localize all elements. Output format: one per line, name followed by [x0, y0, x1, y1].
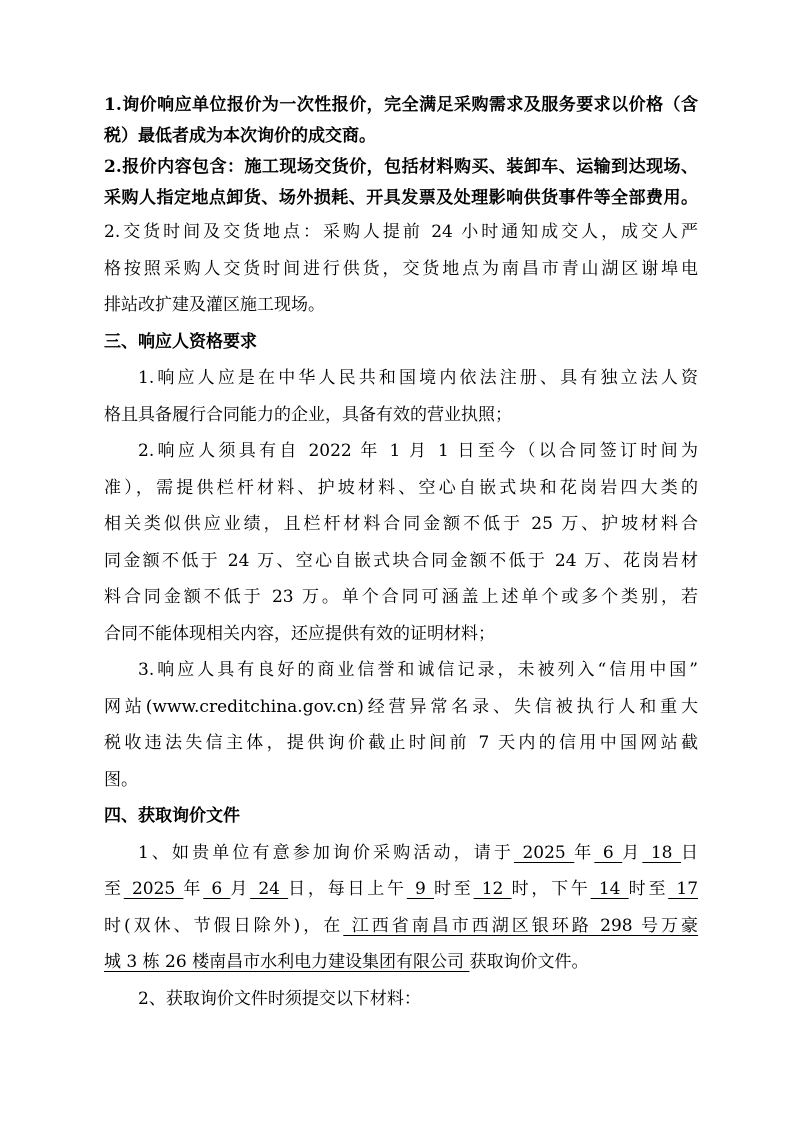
text-line: 合同不能体现相关内容，还应提供有效的证明材料； — [104, 616, 698, 653]
text-segment: 同金额不低于 24 万、空心自嵌式块合同金额不低于 24 万、花岗岩材 — [104, 551, 698, 571]
text-segment: 排站改扩建及灌区施工现场。 — [104, 295, 325, 315]
text-line: 至 2025 年 6 月 24 日，每日上午 9 时至 12 时，下午 14 时… — [104, 871, 698, 908]
underlined-fill-in: 9 — [407, 879, 434, 899]
text-segment: 准），需提供栏杆材料、护坡材料、空心自嵌式块和花岗岩四大类的 — [104, 478, 698, 498]
text-segment: 时至 — [434, 879, 474, 899]
text-line: 1.询价响应单位报价为一次性报价，完全满足采购需求及服务要求以价格（含 — [104, 90, 698, 121]
text-segment: 1.响应人应是在中华人民共和国境内依法注册、具有独立法人资 — [138, 368, 698, 388]
text-segment: 格且具备履行合同能力的企业，具备有效的营业执照； — [104, 405, 512, 425]
text-line: 相关类似供应业绩，且栏杆材料合同金额不低于 25 万、护坡材料合 — [104, 506, 698, 543]
text-segment: 2、获取询价文件时须提交以下材料： — [138, 989, 421, 1009]
para-delivery: 2.交货时间及交货地点：采购人提前 24 小时通知成交人，成交人严格按照采购人交… — [104, 214, 698, 324]
text-line: 格按照采购人交货时间进行供货，交货地点为南昌市青山湖区谢埠电 — [104, 251, 698, 288]
text-segment: 税）最低者成为本次询价的成交商。 — [104, 126, 376, 146]
text-segment: 相关类似供应业绩，且栏杆材料合同金额不低于 25 万、护坡材料合 — [104, 514, 698, 534]
text-line: 2.响应人须具有自 2022 年 1 月 1 日至今（以合同签订时间为 — [104, 433, 698, 470]
text-segment: 年 — [183, 879, 203, 899]
text-line: 采购人指定地点卸货、场外损耗、开具发票及处理影响供货事件等全部费用。 — [104, 183, 698, 214]
text-segment: 料合同金额不低于 23 万。单个合同可涵盖上述单个或多个类别，若 — [104, 587, 698, 607]
para-obtain-1: 1、如贵单位有意参加询价采购活动，请于 2025 年 6 月 18 日至 202… — [104, 835, 698, 981]
document-body: 1.询价响应单位报价为一次性报价，完全满足采购需求及服务要求以价格（含税）最低者… — [104, 90, 698, 1017]
text-segment: 日，每日上午 — [288, 879, 407, 899]
underlined-fill-in: 2025 — [124, 879, 184, 899]
text-segment: 格按照采购人交货时间进行供货，交货地点为南昌市青山湖区谢埠电 — [104, 259, 698, 279]
text-segment: 至 — [104, 879, 124, 899]
text-segment: 3.响应人具有良好的商业信誉和诚信记录，未被列入“信用中国” — [138, 660, 698, 680]
para-quote-rule: 1.询价响应单位报价为一次性报价，完全满足采购需求及服务要求以价格（含税）最低者… — [104, 90, 698, 152]
text-segment: 时，下午 — [512, 879, 591, 899]
text-line: 城 3 栋 26 楼南昌市水利电力建设集团有限公司 获取询价文件。 — [104, 944, 698, 981]
text-line: 四、获取询价文件 — [104, 798, 698, 835]
underlined-fill-in: 12 — [474, 879, 512, 899]
text-line: 料合同金额不低于 23 万。单个合同可涵盖上述单个或多个类别，若 — [104, 579, 698, 616]
heading-section-4: 四、获取询价文件 — [104, 798, 698, 835]
para-qualification-3: 3.响应人具有良好的商业信誉和诚信记录，未被列入“信用中国”网站(www.cre… — [104, 652, 698, 798]
text-line: 2.交货时间及交货地点：采购人提前 24 小时通知成交人，成交人严 — [104, 214, 698, 251]
text-segment: 图。 — [104, 770, 138, 790]
heading-section-3: 三、响应人资格要求 — [104, 324, 698, 361]
text-line: 1、如贵单位有意参加询价采购活动，请于 2025 年 6 月 18 日 — [104, 835, 698, 872]
underlined-fill-in: 24 — [250, 879, 288, 899]
para-qualification-1: 1.响应人应是在中华人民共和国境内依法注册、具有独立法人资格且具备履行合同能力的… — [104, 360, 698, 433]
text-segment: 1、如贵单位有意参加询价采购活动，请于 — [138, 843, 514, 863]
text-line: 格且具备履行合同能力的企业，具备有效的营业执照； — [104, 397, 698, 434]
text-segment: 月 — [230, 879, 250, 899]
text-line: 准），需提供栏杆材料、护坡材料、空心自嵌式块和花岗岩四大类的 — [104, 470, 698, 507]
para-obtain-2: 2、获取询价文件时须提交以下材料： — [104, 981, 698, 1018]
text-line: 三、响应人资格要求 — [104, 324, 698, 361]
underlined-fill-in: 6 — [203, 879, 230, 899]
text-segment: 年 — [574, 843, 594, 863]
text-segment: 网站(www.creditchina.gov.cn)经营异常名录、失信被执行人和… — [104, 697, 698, 717]
para-qualification-2: 2.响应人须具有自 2022 年 1 月 1 日至今（以合同签订时间为准），需提… — [104, 433, 698, 652]
underlined-fill-in: 2025 — [514, 843, 574, 863]
text-segment: 三、响应人资格要求 — [104, 332, 257, 352]
document-page: 1.询价响应单位报价为一次性报价，完全满足采购需求及服务要求以价格（含税）最低者… — [0, 0, 800, 1131]
text-segment: 四、获取询价文件 — [104, 806, 240, 826]
text-line: 同金额不低于 24 万、空心自嵌式块合同金额不低于 24 万、花岗岩材 — [104, 543, 698, 580]
text-segment: 2.报价内容包含：施工现场交货价，包括材料购买、装卸车、运输到达现场、 — [104, 157, 698, 177]
text-line: 税收违法失信主体，提供询价截止时间前 7 天内的信用中国网站截 — [104, 725, 698, 762]
text-segment: 2.交货时间及交货地点：采购人提前 24 小时通知成交人，成交人严 — [104, 222, 698, 242]
underlined-fill-in: 17 — [668, 879, 698, 899]
text-line: 时(双休、节假日除外)，在 江西省南昌市西湖区银环路 298 号万豪 — [104, 908, 698, 945]
text-segment: 月 — [622, 843, 642, 863]
para-quote-content: 2.报价内容包含：施工现场交货价，包括材料购买、装卸车、运输到达现场、采购人指定… — [104, 152, 698, 214]
text-line: 网站(www.creditchina.gov.cn)经营异常名录、失信被执行人和… — [104, 689, 698, 726]
text-line: 2、获取询价文件时须提交以下材料： — [104, 981, 698, 1018]
text-segment: 采购人指定地点卸货、场外损耗、开具发票及处理影响供货事件等全部费用。 — [104, 188, 698, 208]
text-segment: 1.询价响应单位报价为一次性报价，完全满足采购需求及服务要求以价格（含 — [104, 95, 698, 115]
text-segment: 2.响应人须具有自 2022 年 1 月 1 日至今（以合同签订时间为 — [138, 441, 698, 461]
underlined-fill-in: 6 — [594, 843, 622, 863]
text-segment: 税收违法失信主体，提供询价截止时间前 7 天内的信用中国网站截 — [104, 733, 698, 753]
underlined-fill-in: 城 3 栋 26 楼南昌市水利电力建设集团有限公司 — [104, 952, 469, 972]
text-segment: 时至 — [629, 879, 669, 899]
text-segment: 合同不能体现相关内容，还应提供有效的证明材料； — [104, 624, 495, 644]
text-segment: 日 — [681, 843, 698, 863]
text-line: 3.响应人具有良好的商业信誉和诚信记录，未被列入“信用中国” — [104, 652, 698, 689]
text-line: 2.报价内容包含：施工现场交货价，包括材料购买、装卸车、运输到达现场、 — [104, 152, 698, 183]
underlined-fill-in: 18 — [642, 843, 681, 863]
text-line: 1.响应人应是在中华人民共和国境内依法注册、具有独立法人资 — [104, 360, 698, 397]
underlined-fill-in: 江西省南昌市西湖区银环路 298 号万豪 — [343, 916, 698, 936]
text-segment: 获取询价文件。 — [469, 952, 588, 972]
text-line: 排站改扩建及灌区施工现场。 — [104, 287, 698, 324]
text-line: 税）最低者成为本次询价的成交商。 — [104, 121, 698, 152]
text-line: 图。 — [104, 762, 698, 799]
underlined-fill-in: 14 — [591, 879, 629, 899]
text-segment: 时(双休、节假日除外)，在 — [104, 916, 343, 936]
